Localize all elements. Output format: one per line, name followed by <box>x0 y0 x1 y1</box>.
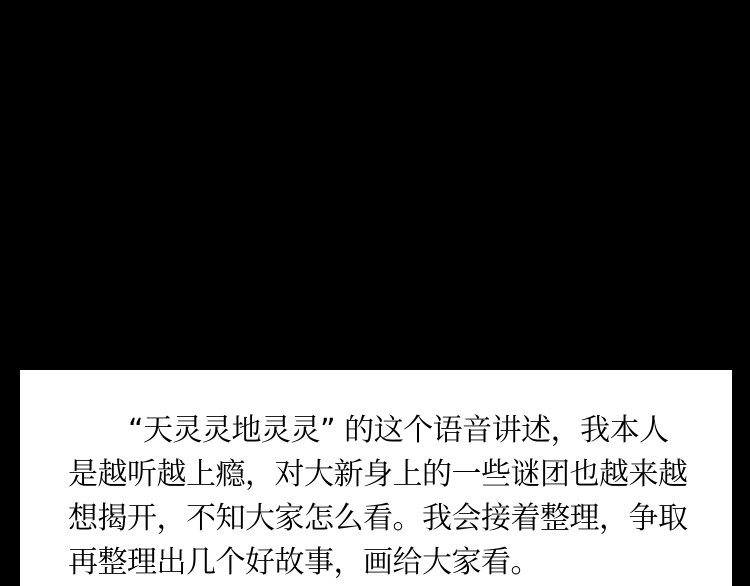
caption-box: “天灵灵地灵灵” 的这个语音讲述，我本人 是越听越上瘾，对大新身上的一些谜团也越… <box>20 370 732 586</box>
caption-line-4: 再整理出几个好故事，画给大家看。 <box>68 541 712 585</box>
caption-line-1: “天灵灵地灵灵” 的这个语音讲述，我本人 <box>68 409 712 453</box>
caption-line-2: 是越听越上瘾，对大新身上的一些谜团也越来越 <box>68 453 712 497</box>
caption-line-3: 想揭开，不知大家怎么看。我会接着整理，争取 <box>68 497 712 541</box>
comic-page: “天灵灵地灵灵” 的这个语音讲述，我本人 是越听越上瘾，对大新身上的一些谜团也越… <box>0 0 750 586</box>
